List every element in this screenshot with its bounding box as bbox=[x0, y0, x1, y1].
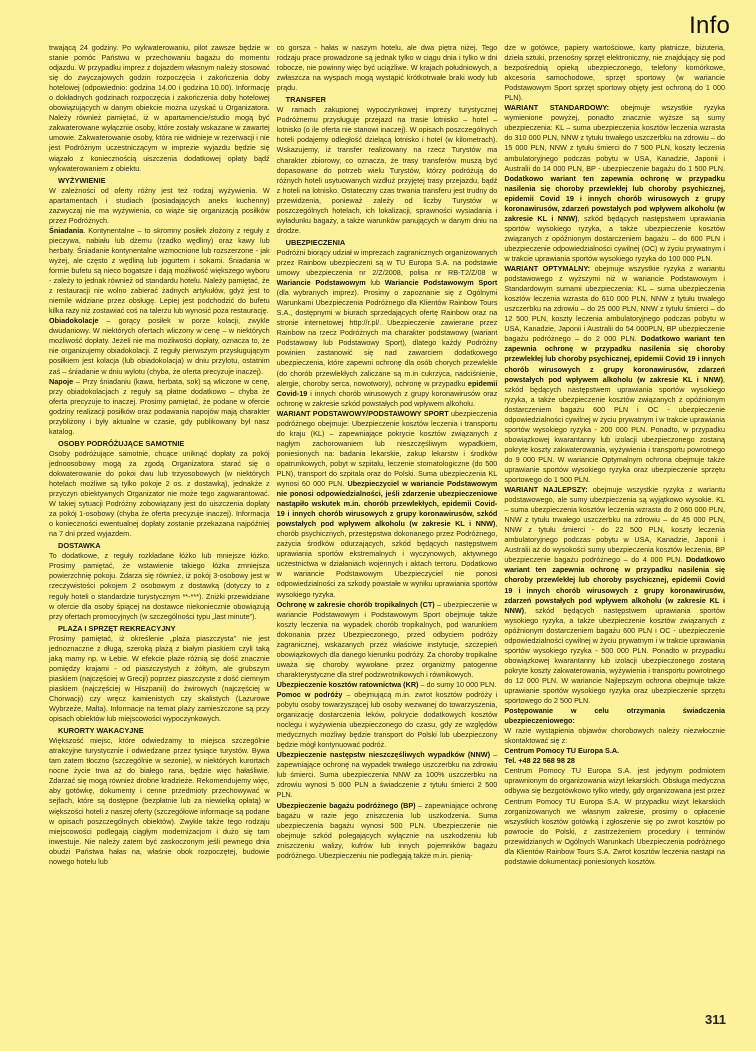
text-columns: trwającą 24 godziny. Po wykwaterowaniu, … bbox=[49, 43, 725, 867]
paragraph: WARIANT NAJLEPSZY: obejmuje wszystkie ry… bbox=[504, 485, 725, 706]
paragraph-text: – ubezpieczenie w wariancie Podstawowym … bbox=[277, 600, 498, 679]
bold-lead: Napoje bbox=[49, 377, 73, 386]
bold-lead: WARIANT OPTYMALNY: bbox=[504, 264, 590, 273]
paragraph: Obiadokolacje – gorący posiłek w porze k… bbox=[49, 316, 270, 376]
paragraph: W zależności od oferty różny jest też ro… bbox=[49, 186, 270, 226]
bold-text: Wariancie Podstawowym bbox=[277, 278, 366, 287]
bold-text: Centrum Pomocy TU Europa S.A. bbox=[504, 746, 619, 755]
paragraph-text: , szkód będących następstwem uprawiania … bbox=[504, 606, 725, 705]
paragraph-text: , szkód będących następstwem uprawiania … bbox=[504, 375, 725, 484]
paragraph-text: ubezpieczenia podróżnego obejmuje: Ubezp… bbox=[277, 409, 498, 488]
paragraph: Podróżni biorący udział w imprezach zagr… bbox=[277, 248, 498, 409]
paragraph-text: obejmuje wszystkie ryzyka z wariantu pod… bbox=[504, 485, 725, 564]
bold-lead: Obiadokolacje bbox=[49, 316, 99, 325]
section-heading-samotnie: OSOBY PODRÓŻUJĄCE SAMOTNIE bbox=[58, 439, 270, 449]
paragraph-text: (dla wybranych imprez). Prosimy o zapozn… bbox=[277, 288, 498, 387]
paragraph: Większość miejsc, które odwiedzamy to mi… bbox=[49, 736, 270, 867]
bold-lead: Ochronę w zakresie chorób tropikalnych (… bbox=[277, 600, 435, 609]
paragraph: Centrum Pomocy TU Europa S.A. jest jedyn… bbox=[504, 766, 725, 866]
contact-name: Centrum Pomocy TU Europa S.A. bbox=[504, 746, 725, 756]
bold-text: Wariancie Podstawowym Sport bbox=[385, 278, 498, 287]
section-heading-plaza: PLAŻA I SPRZĘT REKREACYJNY bbox=[58, 624, 270, 634]
bold-lead: WARIANT STANDARDOWY: bbox=[504, 103, 609, 112]
paragraph-text: lub bbox=[366, 278, 385, 287]
paragraph-text: Podróżni biorący udział w imprezach zagr… bbox=[277, 248, 498, 277]
bold-lead: WARIANT PODSTAWOWY/PODSTAWOWY SPORT bbox=[277, 409, 449, 418]
paragraph: dze w gotówce, papiery wartościowe, kart… bbox=[504, 43, 725, 103]
paragraph-text: . Kontynentalne – to skromny posiłek zło… bbox=[49, 226, 270, 315]
bold-lead: Ubezpieczenie bagażu podróżnego (BP) bbox=[277, 801, 416, 810]
column-left: trwającą 24 godziny. Po wykwaterowaniu, … bbox=[49, 43, 270, 867]
section-heading-wyzywienie: WYŻYWIENIE bbox=[58, 176, 270, 186]
section-heading-ubezpieczenia: UBEZPIECZENIA bbox=[286, 238, 498, 248]
bold-lead: Postępowanie w celu otrzymania świadczen… bbox=[504, 706, 725, 725]
section-heading-dostawka: DOSTAWKA bbox=[58, 541, 270, 551]
paragraph: WARIANT PODSTAWOWY/PODSTAWOWY SPORT ubez… bbox=[277, 409, 498, 600]
contact-phone: Tel. +48 22 568 98 28 bbox=[504, 756, 725, 766]
paragraph: Osoby podróżujące samotnie, chcące unikn… bbox=[49, 449, 270, 539]
page-header-title: Info bbox=[689, 12, 730, 40]
paragraph: WARIANT OPTYMALNY: obejmuje wszystkie ry… bbox=[504, 264, 725, 485]
paragraph-text: i innych chorób wirusowych z grupy koron… bbox=[277, 389, 498, 408]
paragraph: W razie wystąpienia objawów chorobowych … bbox=[504, 726, 725, 746]
paragraph: Ubezpieczenie następstw nieszczęśliwych … bbox=[277, 750, 498, 800]
paragraph-text: – Przy śniadaniu (kawa, herbata, sok) są… bbox=[49, 377, 270, 436]
paragraph: Ubezpieczenie bagażu podróżnego (BP) – z… bbox=[277, 801, 498, 861]
paragraph: Śniadania. Kontynentalne – to skromny po… bbox=[49, 226, 270, 316]
paragraph: To dodatkowe, z reguły rozkładane łóżko … bbox=[49, 551, 270, 621]
bold-text: Tel. +48 22 568 98 28 bbox=[504, 756, 575, 765]
paragraph: Pomoc w podróży – obejmującą m.in. zwrot… bbox=[277, 690, 498, 750]
paragraph: WARIANT STANDARDOWY: obejmuje wszystkie … bbox=[504, 103, 725, 264]
paragraph: Prosimy pamiętać, iż określenie „plaża p… bbox=[49, 634, 270, 724]
bold-lead: Ubezpieczenie następstw nieszczęśliwych … bbox=[277, 750, 490, 759]
paragraph-text: – do sumy 10 000 PLN. bbox=[418, 680, 496, 689]
paragraph: Napoje – Przy śniadaniu (kawa, herbata, … bbox=[49, 377, 270, 437]
column-right: dze w gotówce, papiery wartościowe, kart… bbox=[504, 43, 725, 867]
paragraph-text: , chorób psychicznych, przestępstwa doko… bbox=[277, 519, 498, 598]
paragraph: W ramach zakupionej wypoczynkowej imprez… bbox=[277, 105, 498, 236]
paragraph: co gorsza - hałas w naszym hotelu, ale d… bbox=[277, 43, 498, 93]
section-heading-transfer: TRANSFER bbox=[286, 95, 498, 105]
paragraph-text: obejmuje wszystkie ryzyka wymienione pow… bbox=[504, 103, 725, 172]
paragraph: Ubezpieczenie kosztów ratownictwa (KR) –… bbox=[277, 680, 498, 690]
paragraph: trwającą 24 godziny. Po wykwaterowaniu, … bbox=[49, 43, 270, 174]
bold-lead: WARIANT NAJLEPSZY: bbox=[504, 485, 587, 494]
page-number: 311 bbox=[705, 1012, 726, 1027]
paragraph-text: obejmuje wszystkie ryzyka z wariantu pod… bbox=[504, 264, 725, 343]
section-heading-kurorty: KURORTY WAKACYJNE bbox=[58, 726, 270, 736]
bold-lead: Ubezpieczenie kosztów ratownictwa (KR) bbox=[277, 680, 419, 689]
paragraph: Ochronę w zakresie chorób tropikalnych (… bbox=[277, 600, 498, 680]
paragraph-heading: Postępowanie w celu otrzymania świadczen… bbox=[504, 706, 725, 726]
bold-lead: Pomoc w podróży bbox=[277, 690, 343, 699]
column-middle: co gorsza - hałas w naszym hotelu, ale d… bbox=[277, 43, 498, 867]
bold-lead: Śniadania bbox=[49, 226, 83, 235]
